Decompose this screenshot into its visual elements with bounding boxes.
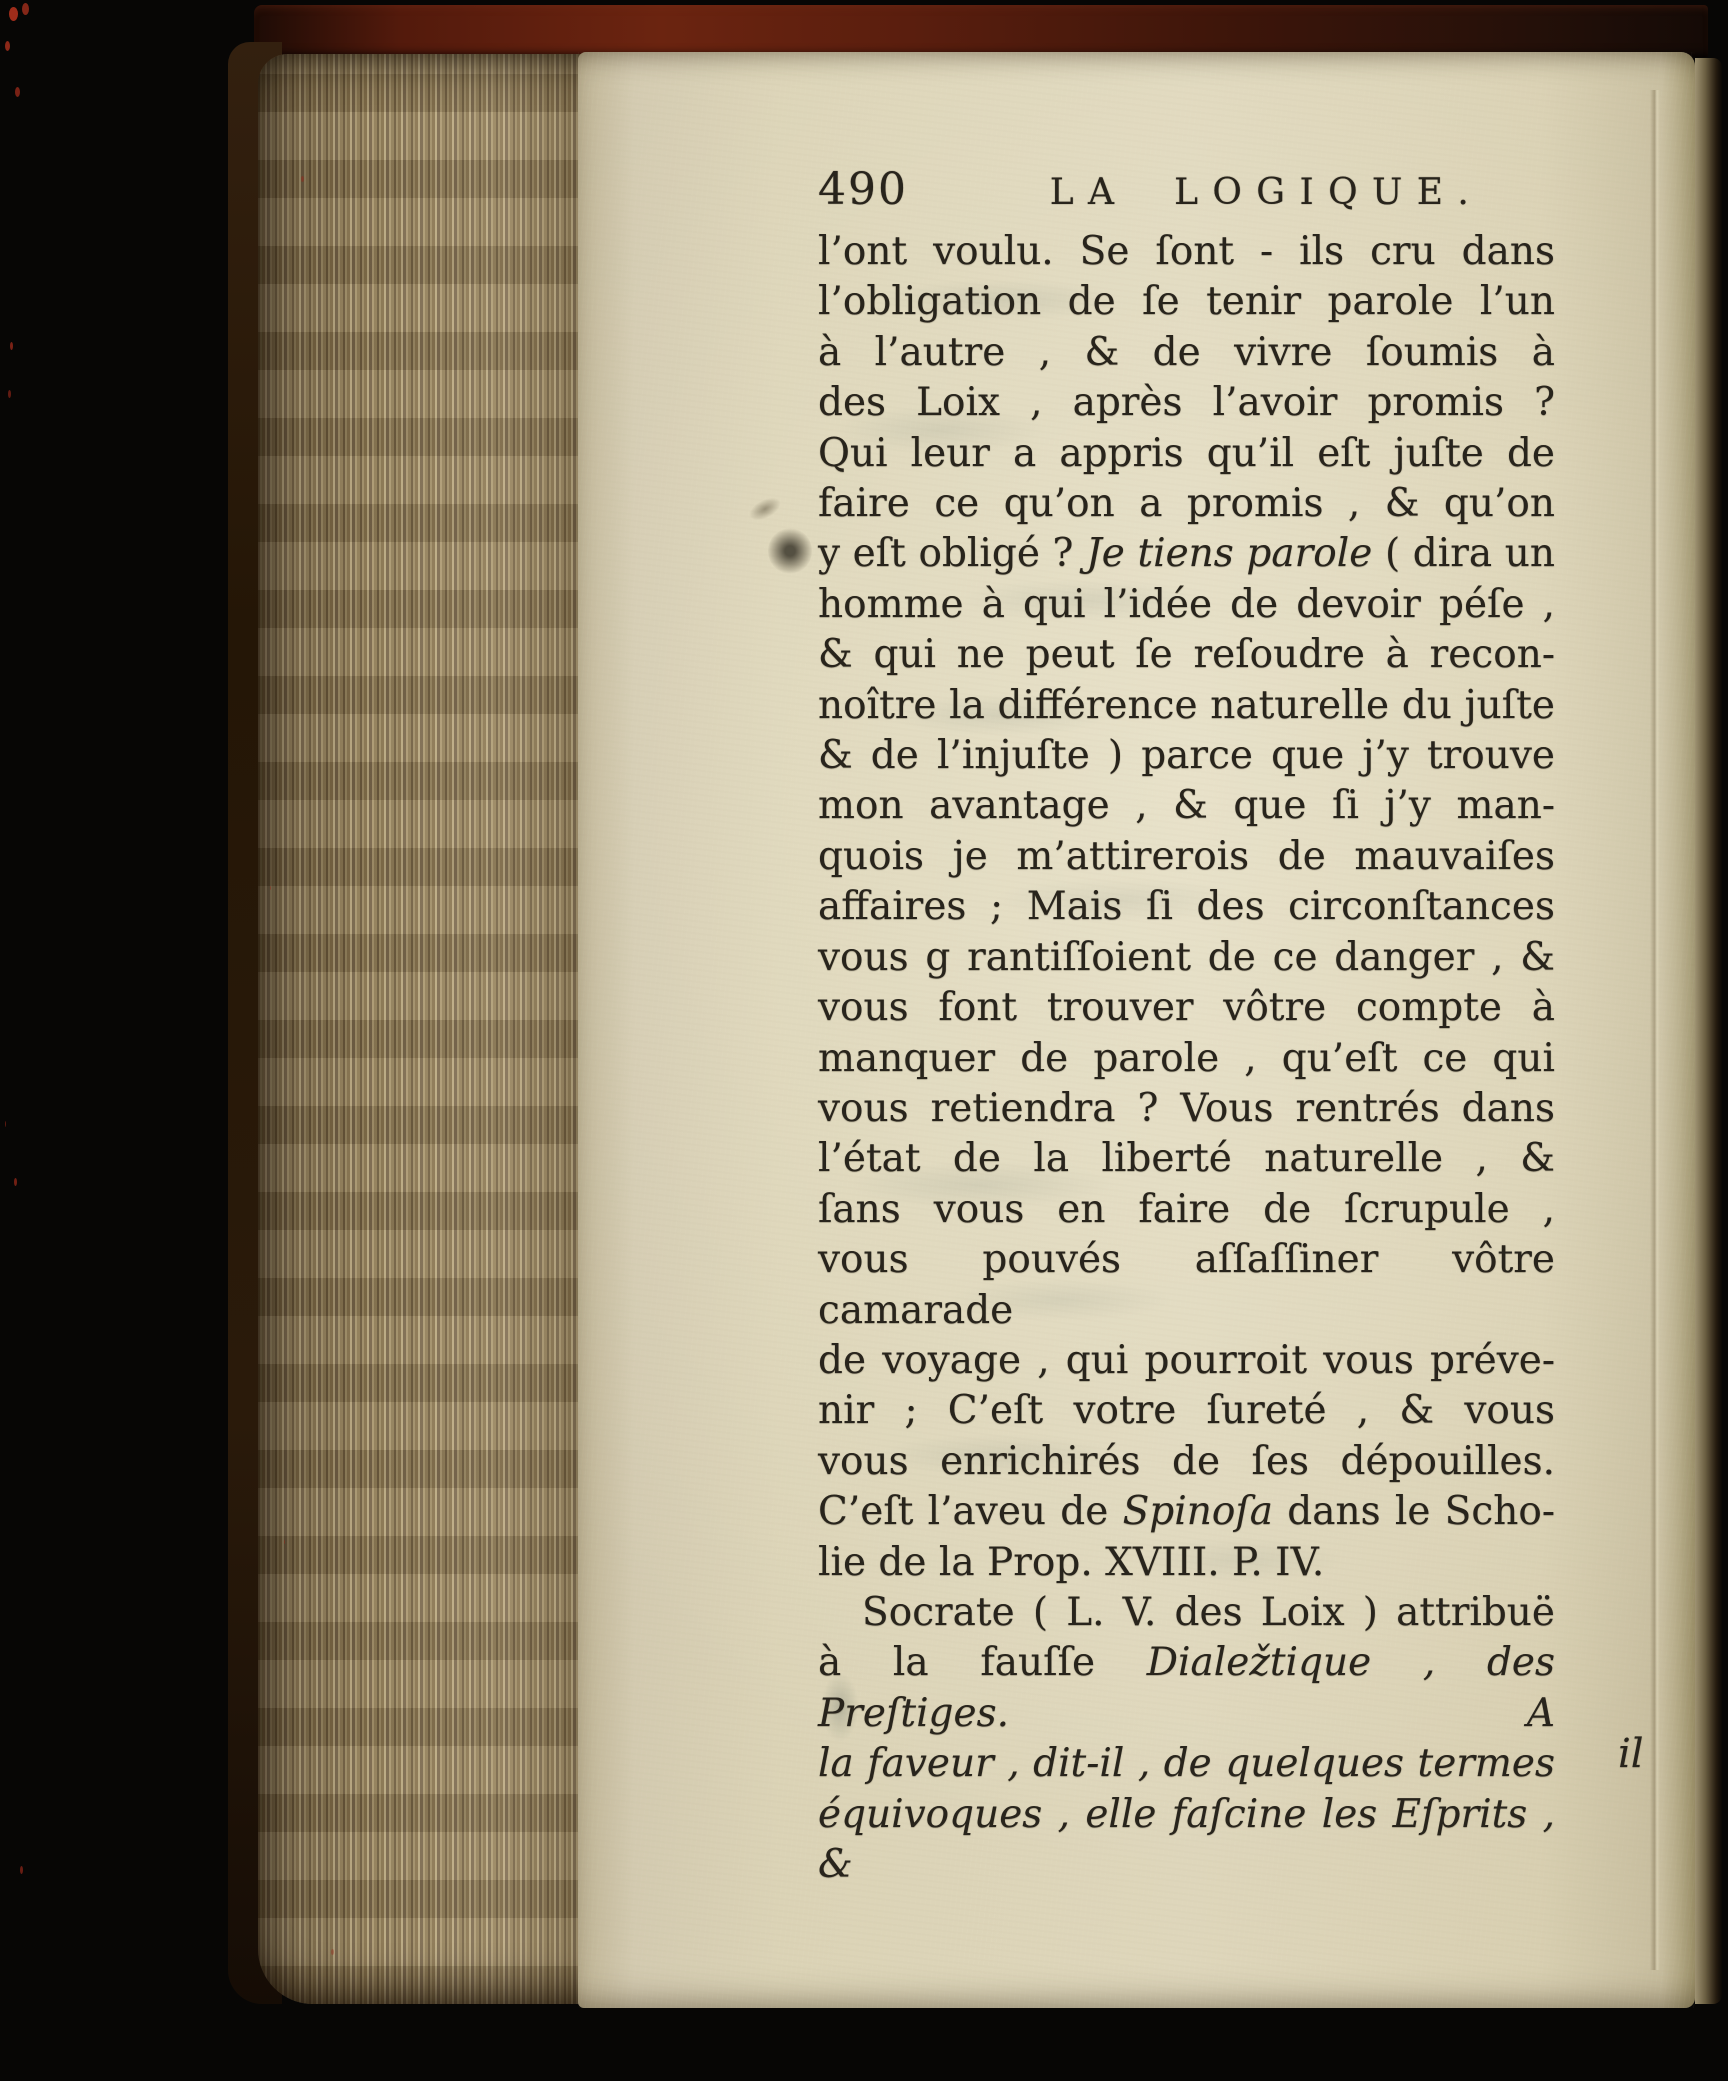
italic-text-segment: équivoques , elle faſcine les Eſprits , … bbox=[818, 1792, 1555, 1887]
roman-text-segment: vous pouvés aſſaſſiner vôtre camarade bbox=[818, 1237, 1555, 1332]
roman-text-segment: vous g rantiſſoient de ce danger , & bbox=[818, 935, 1555, 980]
text-line: vous font trouver vôtre compte à bbox=[818, 983, 1555, 1033]
page-stack-fore-edge bbox=[258, 54, 590, 2004]
body-text: l’ont voulu. Se ſont - ils cru dansl’obl… bbox=[818, 227, 1555, 1890]
roman-text-segment: Qui leur a appris qu’il eſt juſte de bbox=[818, 431, 1555, 476]
text-line: & de l’injuſte ) parce que j’y trouve bbox=[818, 731, 1555, 781]
text-line: à l’autre , & de vivre ſoumis à bbox=[818, 328, 1555, 378]
text-line: homme à qui l’idée de devoir péſe , bbox=[818, 580, 1555, 630]
roman-text-segment: C’eſt l’aveu de bbox=[818, 1489, 1123, 1534]
text-line: manquer de parole , qu’eſt ce qui bbox=[818, 1034, 1555, 1084]
text-line: des Loix , après l’avoir promis ? bbox=[818, 378, 1555, 428]
book-cover-top-edge bbox=[254, 5, 1708, 57]
text-line: équivoques , elle faſcine les Eſprits , … bbox=[818, 1790, 1555, 1891]
text-line: l’ont voulu. Se ſont - ils cru dans bbox=[818, 227, 1555, 277]
text-line: Qui leur a appris qu’il eſt juſte de bbox=[818, 429, 1555, 479]
text-line: vous pouvés aſſaſſiner vôtre camarade bbox=[818, 1235, 1555, 1336]
roman-text-segment: manquer de parole , qu’eſt ce qui bbox=[818, 1036, 1555, 1081]
italic-text-segment: la faveur , dit-il , de quelques termes bbox=[818, 1741, 1555, 1786]
roman-text-segment: y eſt obligé ? bbox=[818, 531, 1086, 576]
text-line: vous g rantiſſoient de ce danger , & bbox=[818, 933, 1555, 983]
roman-text-segment: mon avantage , & que ſi j’y man- bbox=[818, 783, 1555, 828]
roman-text-segment: ſans vous en faire de ſcrupule , bbox=[818, 1187, 1555, 1232]
text-line: y eſt obligé ? Je tiens parole ( dira un bbox=[818, 529, 1555, 579]
text-line: & qui ne peut ſe reſoudre à recon- bbox=[818, 630, 1555, 680]
roman-text-segment: faire ce qu’on a promis , & qu’on bbox=[818, 481, 1555, 526]
roman-text-segment: vous font trouver vôtre compte à bbox=[818, 985, 1555, 1030]
text-line: faire ce qu’on a promis , & qu’on bbox=[818, 479, 1555, 529]
roman-text-segment: affaires ; Mais ſi des circonſtances bbox=[818, 884, 1555, 929]
roman-text-segment: homme à qui l’idée de devoir péſe , bbox=[818, 582, 1555, 627]
italic-text-segment: Spinoſa bbox=[1123, 1489, 1273, 1534]
roman-text-segment: à la fauſſe bbox=[818, 1640, 1147, 1685]
roman-text-segment: lie de la Prop. XVIII. P. IV. bbox=[818, 1540, 1324, 1585]
page-number: 490 bbox=[818, 164, 908, 215]
book-scan: { "document": { "page_number": "490", "r… bbox=[0, 0, 1728, 2081]
text-line: lie de la Prop. XVIII. P. IV. bbox=[818, 1538, 1555, 1588]
roman-text-segment: noître la différence naturelle du juſte bbox=[818, 683, 1555, 728]
roman-text-segment: des Loix , après l’avoir promis ? bbox=[818, 380, 1555, 425]
roman-text-segment: & de l’injuſte ) parce que j’y trouve bbox=[818, 733, 1555, 778]
red-specks-margin bbox=[0, 0, 7, 12]
text-line: la faveur , dit-il , de quelques termes bbox=[818, 1739, 1555, 1789]
roman-text-segment: & qui ne peut ſe reſoudre à recon- bbox=[818, 632, 1555, 677]
text-line: l’état de la liberté naturelle , & bbox=[818, 1134, 1555, 1184]
roman-text-segment: à l’autre , & de vivre ſoumis à bbox=[818, 330, 1555, 375]
roman-text-segment: ( dira un bbox=[1372, 531, 1555, 576]
roman-text-segment: vous retiendra ? Vous rentrés dans bbox=[818, 1086, 1555, 1131]
text-line: vous enrichirés de ſes dépouilles. bbox=[818, 1437, 1555, 1487]
roman-text-segment: l’obligation de ſe tenir parole l’un bbox=[818, 279, 1555, 324]
text-line: quois je m’attirerois de mauvaiſes bbox=[818, 832, 1555, 882]
page-crease bbox=[1650, 90, 1660, 1970]
text-line: nir ; C’eſt votre ſureté , & vous bbox=[818, 1386, 1555, 1436]
roman-text-segment: de voyage , qui pourroit vous préve- bbox=[818, 1338, 1555, 1383]
text-block: 490 LA LOGIQUE. l’ont voulu. Se ſont - i… bbox=[818, 164, 1555, 1890]
text-line: C’eſt l’aveu de Spinoſa dans le Scho- bbox=[818, 1487, 1555, 1537]
roman-text-segment: vous enrichirés de ſes dépouilles. bbox=[818, 1439, 1555, 1484]
text-line: affaires ; Mais ſi des circonſtances bbox=[818, 882, 1555, 932]
italic-text-segment: Je tiens parole bbox=[1086, 531, 1372, 576]
text-line: de voyage , qui pourroit vous préve- bbox=[818, 1336, 1555, 1386]
page-right-edge-stack bbox=[1695, 58, 1722, 2004]
text-line: mon avantage , & que ſi j’y man- bbox=[818, 781, 1555, 831]
text-line: ſans vous en faire de ſcrupule , bbox=[818, 1185, 1555, 1235]
running-title: LA LOGIQUE. bbox=[908, 172, 1555, 213]
roman-text-segment: quois je m’attirerois de mauvaiſes bbox=[818, 834, 1555, 879]
catchword: il bbox=[1618, 1731, 1644, 1777]
text-line: Socrate ( L. V. des Loix ) attribuë bbox=[818, 1588, 1555, 1638]
text-line: noître la différence naturelle du juſte bbox=[818, 681, 1555, 731]
text-line: l’obligation de ſe tenir parole l’un bbox=[818, 277, 1555, 327]
roman-text-segment: Socrate ( L. V. des Loix ) attribuë bbox=[862, 1590, 1555, 1635]
text-line: à la fauſſe Dialežtique , des Preſtiges.… bbox=[818, 1638, 1555, 1739]
page-header: 490 LA LOGIQUE. bbox=[818, 164, 1555, 215]
roman-text-segment: l’état de la liberté naturelle , & bbox=[818, 1136, 1555, 1181]
ink-blot bbox=[768, 528, 812, 574]
roman-text-segment: l’ont voulu. Se ſont - ils cru dans bbox=[818, 229, 1555, 274]
text-line: vous retiendra ? Vous rentrés dans bbox=[818, 1084, 1555, 1134]
roman-text-segment: nir ; C’eſt votre ſureté , & vous bbox=[818, 1388, 1555, 1433]
roman-text-segment: dans le Scho- bbox=[1273, 1489, 1555, 1534]
